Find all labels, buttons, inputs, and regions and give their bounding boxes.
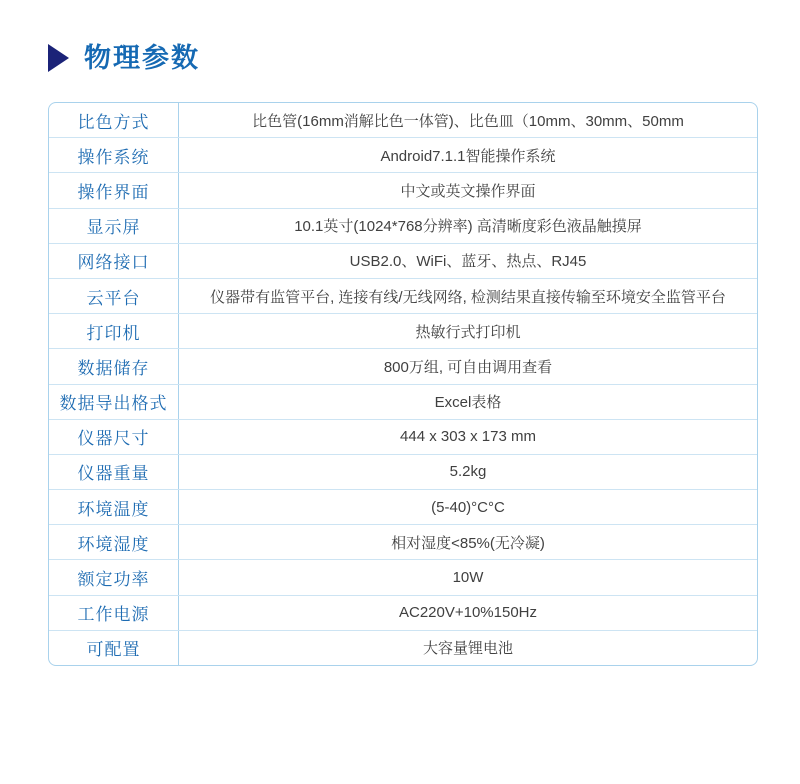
table-row: 比色方式比色管(16mm消解比色一体管)、比色皿（10mm、30mm、50mm (49, 103, 757, 137)
spec-label-cell: 可配置 (49, 631, 179, 665)
spec-label-cell: 操作界面 (49, 173, 179, 207)
spec-table: 比色方式比色管(16mm消解比色一体管)、比色皿（10mm、30mm、50mm操… (48, 102, 758, 666)
spec-label-cell: 网络接口 (49, 244, 179, 278)
table-row: 环境湿度相对湿度<85%(无冷凝) (49, 524, 757, 559)
product-spec-page: 物理参数 比色方式比色管(16mm消解比色一体管)、比色皿（10mm、30mm、… (0, 0, 800, 784)
page-title: 物理参数 (84, 45, 200, 72)
spec-value-cell: 中文或英文操作界面 (179, 173, 757, 207)
spec-value-cell: Android7.1.1智能操作系统 (179, 138, 757, 172)
table-row: 仪器尺寸444 x 303 x 173 mm (49, 419, 757, 454)
spec-value-cell: 相对湿度<85%(无冷凝) (179, 525, 757, 559)
spec-label-cell: 比色方式 (49, 103, 179, 137)
spec-label-cell: 仪器尺寸 (49, 420, 179, 454)
spec-value-cell: 5.2kg (179, 455, 757, 489)
table-row: 仪器重量5.2kg (49, 454, 757, 489)
spec-label-cell: 仪器重量 (49, 455, 179, 489)
spec-label-cell: 打印机 (49, 314, 179, 348)
table-row: 工作电源AC220V+10%150Hz (49, 595, 757, 630)
spec-value-cell: 热敏行式打印机 (179, 314, 757, 348)
table-row: 云平台仪器带有监管平台, 连接有线/无线网络, 检测结果直接传输至环境安全监管平… (49, 278, 757, 313)
table-row: 网络接口USB2.0、WiFi、蓝牙、热点、RJ45 (49, 243, 757, 278)
spec-value-cell: 800万组, 可自由调用查看 (179, 349, 757, 383)
spec-value-cell: 444 x 303 x 173 mm (179, 420, 757, 454)
spec-label-cell: 工作电源 (49, 596, 179, 630)
table-row: 打印机热敏行式打印机 (49, 313, 757, 348)
spec-value-cell: 10W (179, 560, 757, 594)
table-row: 数据导出格式Excel表格 (49, 384, 757, 419)
spec-label-cell: 数据导出格式 (49, 385, 179, 419)
spec-value-cell: Excel表格 (179, 385, 757, 419)
spec-value-cell: AC220V+10%150Hz (179, 596, 757, 630)
table-row: 环境温度(5-40)°C°C (49, 489, 757, 524)
spec-value-cell: 仪器带有监管平台, 连接有线/无线网络, 检测结果直接传输至环境安全监管平台 (179, 279, 757, 313)
spec-label-cell: 云平台 (49, 279, 179, 313)
spec-value-cell: 比色管(16mm消解比色一体管)、比色皿（10mm、30mm、50mm (179, 103, 757, 137)
spec-value-cell: (5-40)°C°C (179, 490, 757, 524)
table-row: 显示屏10.1英寸(1024*768分辨率) 高清晰度彩色液晶触摸屏 (49, 208, 757, 243)
table-row: 可配置大容量锂电池 (49, 630, 757, 665)
spec-value-cell: 10.1英寸(1024*768分辨率) 高清晰度彩色液晶触摸屏 (179, 209, 757, 243)
table-row: 数据储存800万组, 可自由调用查看 (49, 348, 757, 383)
spec-label-cell: 显示屏 (49, 209, 179, 243)
spec-value-cell: USB2.0、WiFi、蓝牙、热点、RJ45 (179, 244, 757, 278)
spec-label-cell: 操作系统 (49, 138, 179, 172)
section-header: 物理参数 (48, 44, 200, 72)
spec-label-cell: 额定功率 (49, 560, 179, 594)
table-row: 操作系统Android7.1.1智能操作系统 (49, 137, 757, 172)
table-row: 额定功率10W (49, 559, 757, 594)
spec-label-cell: 环境温度 (49, 490, 179, 524)
triangle-marker-icon (48, 44, 69, 72)
spec-value-cell: 大容量锂电池 (179, 631, 757, 665)
spec-label-cell: 环境湿度 (49, 525, 179, 559)
table-row: 操作界面中文或英文操作界面 (49, 172, 757, 207)
spec-label-cell: 数据储存 (49, 349, 179, 383)
